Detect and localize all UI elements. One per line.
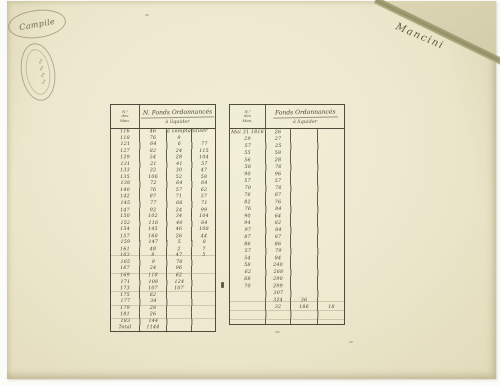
table-row: 7684 — [230, 206, 344, 213]
paper-smudge — [275, 331, 280, 333]
paper-smudge — [145, 14, 149, 16]
table-cell — [318, 290, 345, 297]
table-cell: 99 — [192, 208, 216, 215]
table-cell: 87 — [266, 192, 291, 199]
table-cell: 55 — [230, 150, 266, 157]
table-row: 5628 — [230, 157, 344, 164]
pencil-guide-line — [111, 255, 215, 256]
table-row: 5876 — [230, 164, 344, 171]
table-cell: 30 — [167, 168, 192, 175]
table-row: Mai 31 181626 — [230, 129, 344, 136]
table-cell: 87 — [230, 234, 266, 241]
table-row: 1614827 — [111, 247, 215, 254]
table-cell: 64 — [266, 213, 291, 220]
table-row: 15414546108 — [111, 227, 215, 234]
table-cell: 57 — [230, 143, 266, 150]
left-ledger-table: N.ᵒ des Man. N. Fonds Ordonnancés à liqu… — [110, 104, 216, 332]
table-cell — [291, 213, 318, 220]
paper-sheet: Campile ∿∿∿∿ Mancini N.ᵒ des Man. N. Fon… — [7, 1, 496, 379]
table-cell: 290 — [266, 276, 291, 283]
table-cell — [291, 178, 318, 185]
table-cell: Total — [111, 326, 140, 333]
table-cell: 46 — [167, 227, 192, 234]
table-cell: 47 — [192, 168, 216, 175]
table-cell — [318, 171, 345, 178]
table-title: N. Fonds Ordonnancés — [141, 108, 214, 118]
table-cell: 40 — [167, 221, 192, 228]
table-cell: 58 — [266, 150, 291, 157]
table-cell: 138 — [111, 181, 140, 188]
table-row: 2927 — [230, 136, 344, 143]
table-cell — [266, 311, 291, 318]
table-cell — [318, 213, 345, 220]
table-cell — [291, 192, 318, 199]
ink-speck — [221, 282, 224, 288]
table-cell: 27 — [266, 136, 291, 143]
right-table-body: Mai 31 181626292757255558562858769096575… — [230, 129, 344, 325]
table-cell: 64 — [167, 181, 192, 188]
table-subtitle: à liquider — [293, 119, 317, 125]
table-row: 11646à comptabiliser — [111, 129, 215, 136]
table-cell — [291, 290, 318, 297]
table-cell: 268 — [266, 269, 291, 276]
table-cell: à comptabiliser — [167, 129, 192, 136]
left-table-body: 11646à comptabiliser11876912164677127822… — [111, 129, 215, 332]
table-row: 70299 — [230, 283, 344, 290]
table-row: 9482 — [230, 220, 344, 227]
annotation-text: Campile — [18, 16, 55, 31]
table-cell — [291, 220, 318, 227]
table-cell — [230, 290, 266, 297]
table-cell: 108 — [192, 227, 216, 234]
table-row: Total1144 — [111, 325, 215, 332]
table-cell — [318, 262, 345, 269]
table-cell: 145 — [140, 227, 167, 234]
table-cell: 58 — [230, 164, 266, 171]
table-cell — [291, 255, 318, 262]
table-cell: 79 — [266, 248, 291, 255]
table-row: 5725 — [230, 143, 344, 150]
table-cell: 121 — [111, 142, 140, 149]
table-cell — [291, 164, 318, 171]
table-row: 165976 — [111, 260, 215, 267]
table-cell: 64 — [192, 181, 216, 188]
table-cell — [291, 234, 318, 241]
table-cell: 8 — [192, 240, 216, 247]
table-cell — [291, 129, 318, 136]
table-row: 8276 — [230, 199, 344, 206]
oval-seal-stamp-icon: ∿∿∿∿ — [17, 41, 60, 104]
table-row: 15914758 — [111, 240, 215, 247]
table-cell: 307 — [266, 290, 291, 297]
table-cell: 72 — [140, 181, 167, 188]
table-row: 5779 — [230, 248, 344, 255]
table-cell: 152 — [111, 221, 140, 228]
paper-smudge — [349, 341, 353, 343]
table-cell: 76 — [266, 185, 291, 192]
table-cell: 96 — [266, 171, 291, 178]
table-cell: Mai 31 1816 — [230, 129, 266, 136]
table-row: 307 — [230, 290, 344, 297]
table-cell: 71 — [192, 201, 216, 208]
table-subtitle: à liquider — [165, 119, 189, 125]
table-cell — [291, 227, 318, 234]
table-cell: 32 — [140, 168, 167, 175]
table-cell: 46 — [140, 129, 167, 136]
table-cell: 76 — [266, 164, 291, 171]
table-row: 145776671 — [111, 201, 215, 208]
table-cell: 147 — [140, 240, 167, 247]
corner-line: Man. — [120, 119, 130, 124]
table-cell — [291, 185, 318, 192]
table-cell — [318, 248, 345, 255]
table-cell: 92 — [140, 208, 167, 215]
right-ledger-table: N.ᵒ des Man. Fonds Ordonnancés à liquide… — [229, 104, 345, 325]
corner-line: Man. — [242, 119, 252, 124]
right-table-header: N.ᵒ des Man. Fonds Ordonnancés à liquide… — [230, 105, 344, 129]
table-cell: 57 — [230, 248, 266, 255]
table-row: 62268 — [230, 269, 344, 276]
scanned-document-page: Campile ∿∿∿∿ Mancini N.ᵒ des Man. N. Fon… — [0, 0, 500, 386]
table-cell: 116 — [111, 129, 140, 136]
table-row: 8686 — [230, 241, 344, 248]
table-row: 9784 — [230, 227, 344, 234]
table-cell: 9 — [140, 260, 167, 267]
table-row: 5484 — [230, 255, 344, 262]
table-row — [230, 311, 344, 318]
table-cell: 154 — [111, 227, 140, 234]
right-table-title-cell: Fonds Ordonnancés à liquider — [266, 105, 344, 128]
table-cell: 2 — [167, 247, 192, 254]
pencil-guide-line — [230, 319, 344, 320]
table-row: 12164677 — [111, 142, 215, 149]
table-cell — [318, 192, 345, 199]
table-row: 133323047 — [111, 168, 215, 175]
left-table-title-cell: N. Fonds Ordonnancés à liquider — [140, 105, 215, 128]
left-table-corner-header: N.ᵒ des Man. — [111, 105, 140, 128]
pencil-guide-line — [230, 310, 344, 311]
table-cell — [318, 143, 345, 150]
table-title: Fonds Ordonnancés — [273, 108, 338, 118]
table-cell — [318, 255, 345, 262]
pencil-guide-line — [111, 318, 215, 319]
table-cell: 165 — [111, 260, 140, 267]
table-cell: 57 — [230, 178, 266, 185]
table-cell — [291, 276, 318, 283]
table-cell: 29 — [230, 136, 266, 143]
right-table-corner-header: N.ᵒ des Man. — [230, 105, 266, 128]
table-cell — [291, 143, 318, 150]
table-row: 7076 — [230, 185, 344, 192]
table-cell: 77 — [140, 201, 167, 208]
table-cell: 68 — [230, 276, 266, 283]
table-cell: 76 — [167, 260, 192, 267]
table-cell: 159 — [111, 240, 140, 247]
table-cell: 5 — [167, 240, 192, 247]
table-cell — [291, 206, 318, 213]
table-cell: 62 — [230, 269, 266, 276]
table-cell — [318, 136, 345, 143]
table-cell — [318, 276, 345, 283]
table-cell — [291, 269, 318, 276]
table-cell: 82 — [266, 220, 291, 227]
table-cell: 97 — [230, 227, 266, 234]
table-cell — [192, 326, 216, 333]
table-cell — [318, 185, 345, 192]
table-row: 138726464 — [111, 181, 215, 188]
table-cell: 90 — [230, 171, 266, 178]
table-cell: 76 — [230, 192, 266, 199]
table-cell — [291, 171, 318, 178]
table-cell: 24 — [167, 208, 192, 215]
pencil-guide-line — [230, 301, 344, 302]
table-row: 7687 — [230, 192, 344, 199]
table-row: 68290 — [230, 276, 344, 283]
table-cell — [230, 311, 266, 318]
table-cell — [167, 326, 192, 333]
table-cell: 70 — [230, 185, 266, 192]
table-cell: 54 — [230, 255, 266, 262]
table-cell — [291, 262, 318, 269]
table-cell — [318, 150, 345, 157]
table-cell — [318, 227, 345, 234]
table-cell: 87 — [266, 234, 291, 241]
table-cell: 84 — [266, 206, 291, 213]
table-cell: 25 — [266, 143, 291, 150]
pencil-guide-line — [111, 291, 215, 292]
table-row: 9064 — [230, 213, 344, 220]
table-cell: 84 — [266, 255, 291, 262]
table-cell: 133 — [111, 168, 140, 175]
table-cell: 147 — [111, 208, 140, 215]
table-row: 58240 — [230, 262, 344, 269]
table-cell — [291, 311, 318, 318]
table-cell: 57 — [266, 178, 291, 185]
table-cell: 240 — [266, 262, 291, 269]
table-row: 147922499 — [111, 208, 215, 215]
table-cell: 64 — [192, 221, 216, 228]
circled-annotation: Campile — [7, 7, 68, 42]
table-cell: 90 — [230, 213, 266, 220]
table-cell — [192, 260, 216, 267]
table-cell — [318, 178, 345, 185]
table-cell: 77 — [192, 142, 216, 149]
table-cell — [192, 129, 216, 136]
table-cell — [291, 150, 318, 157]
left-table-header: N.ᵒ des Man. N. Fonds Ordonnancés à liqu… — [111, 105, 215, 129]
table-cell — [291, 136, 318, 143]
table-cell — [318, 234, 345, 241]
table-cell — [318, 129, 345, 136]
table-cell: 6 — [167, 142, 192, 149]
table-cell: 7 — [192, 247, 216, 254]
table-cell: 76 — [230, 206, 266, 213]
table-cell: 26 — [266, 129, 291, 136]
table-cell — [318, 311, 345, 318]
pencil-guide-line — [111, 273, 215, 274]
table-cell: 66 — [167, 201, 192, 208]
table-row: 5757 — [230, 178, 344, 185]
table-cell — [291, 248, 318, 255]
table-cell: 1144 — [140, 326, 167, 333]
table-cell: 48 — [140, 247, 167, 254]
table-cell: 145 — [111, 201, 140, 208]
table-cell — [318, 220, 345, 227]
table-cell: 116 — [140, 221, 167, 228]
table-cell: 84 — [266, 227, 291, 234]
table-cell: 58 — [230, 262, 266, 269]
table-row: 9096 — [230, 171, 344, 178]
table-cell: 161 — [111, 247, 140, 254]
table-cell — [318, 269, 345, 276]
table-cell: 94 — [230, 220, 266, 227]
table-cell — [318, 164, 345, 171]
table-row: 8787 — [230, 234, 344, 241]
table-cell: 64 — [140, 142, 167, 149]
table-row: 1521164064 — [111, 221, 215, 228]
pencil-guide-line — [111, 305, 215, 306]
table-row: 5558 — [230, 150, 344, 157]
table-cell — [318, 206, 345, 213]
